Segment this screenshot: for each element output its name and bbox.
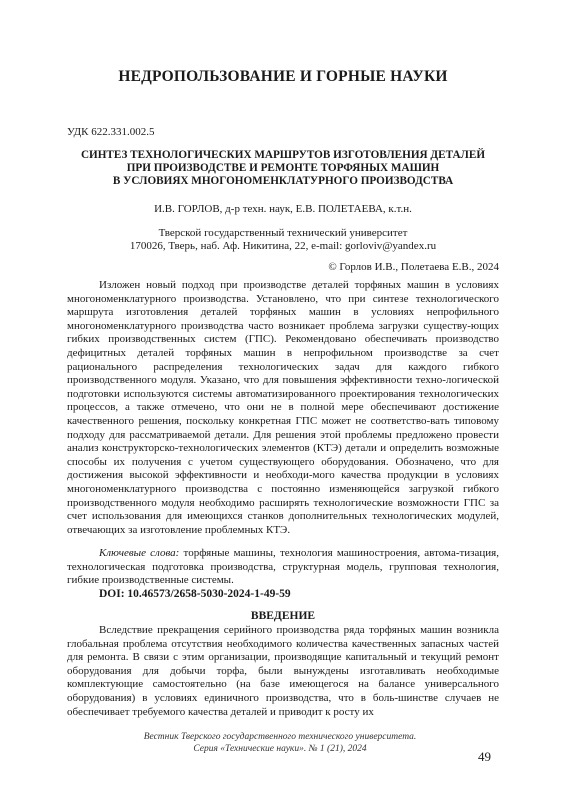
abstract: Изложен новый подход при производстве де…: [67, 279, 499, 537]
page-number: 49: [478, 749, 491, 765]
intro-section: Вследствие прекращения серийного произво…: [67, 624, 499, 719]
journal-page: НЕДРОПОЛЬЗОВАНИЕ И ГОРНЫЕ НАУКИ УДК 622.…: [0, 0, 566, 800]
authors: И.В. ГОРЛОВ, д-р техн. наук, Е.В. ПОЛЕТА…: [67, 203, 499, 215]
udk-code: УДК 622.331.002.5: [67, 126, 155, 138]
keywords-label: Ключевые слова:: [99, 547, 179, 559]
section-heading: НЕДРОПОЛЬЗОВАНИЕ И ГОРНЫЕ НАУКИ: [0, 68, 566, 86]
abstract-text: Изложен новый подход при производстве де…: [67, 279, 499, 537]
keywords: Ключевые слова: торфяные машины, техноло…: [67, 547, 499, 588]
journal-name: Вестник Тверского государственного техни…: [80, 731, 480, 743]
title-line: СИНТЕЗ ТЕХНОЛОГИЧЕСКИХ МАРШРУТОВ ИЗГОТОВ…: [60, 149, 506, 162]
doi[interactable]: DOI: 10.46573/2658-5030-2024-1-49-59: [99, 588, 291, 600]
institution: Тверской государственный технический уни…: [67, 227, 499, 240]
article-title: СИНТЕЗ ТЕХНОЛОГИЧЕСКИХ МАРШРУТОВ ИЗГОТОВ…: [60, 149, 506, 188]
affiliation: Тверской государственный технический уни…: [67, 227, 499, 253]
address: 170026, Тверь, наб. Аф. Никитина, 22, e-…: [67, 240, 499, 253]
copyright: © Горлов И.В., Полетаева Е.В., 2024: [328, 261, 499, 273]
title-line: ПРИ ПРОИЗВОДСТВЕ И РЕМОНТЕ ТОРФЯНЫХ МАШИ…: [60, 162, 506, 175]
intro-text: Вследствие прекращения серийного произво…: [67, 624, 499, 719]
intro-heading: ВВЕДЕНИЕ: [0, 610, 566, 622]
title-line: В УСЛОВИЯХ МНОГОНОМЕНКЛАТУРНОГО ПРОИЗВОД…: [60, 175, 506, 188]
running-footer: Вестник Тверского государственного техни…: [80, 731, 480, 755]
journal-series: Серия «Технические науки». № 1 (21), 202…: [80, 743, 480, 755]
